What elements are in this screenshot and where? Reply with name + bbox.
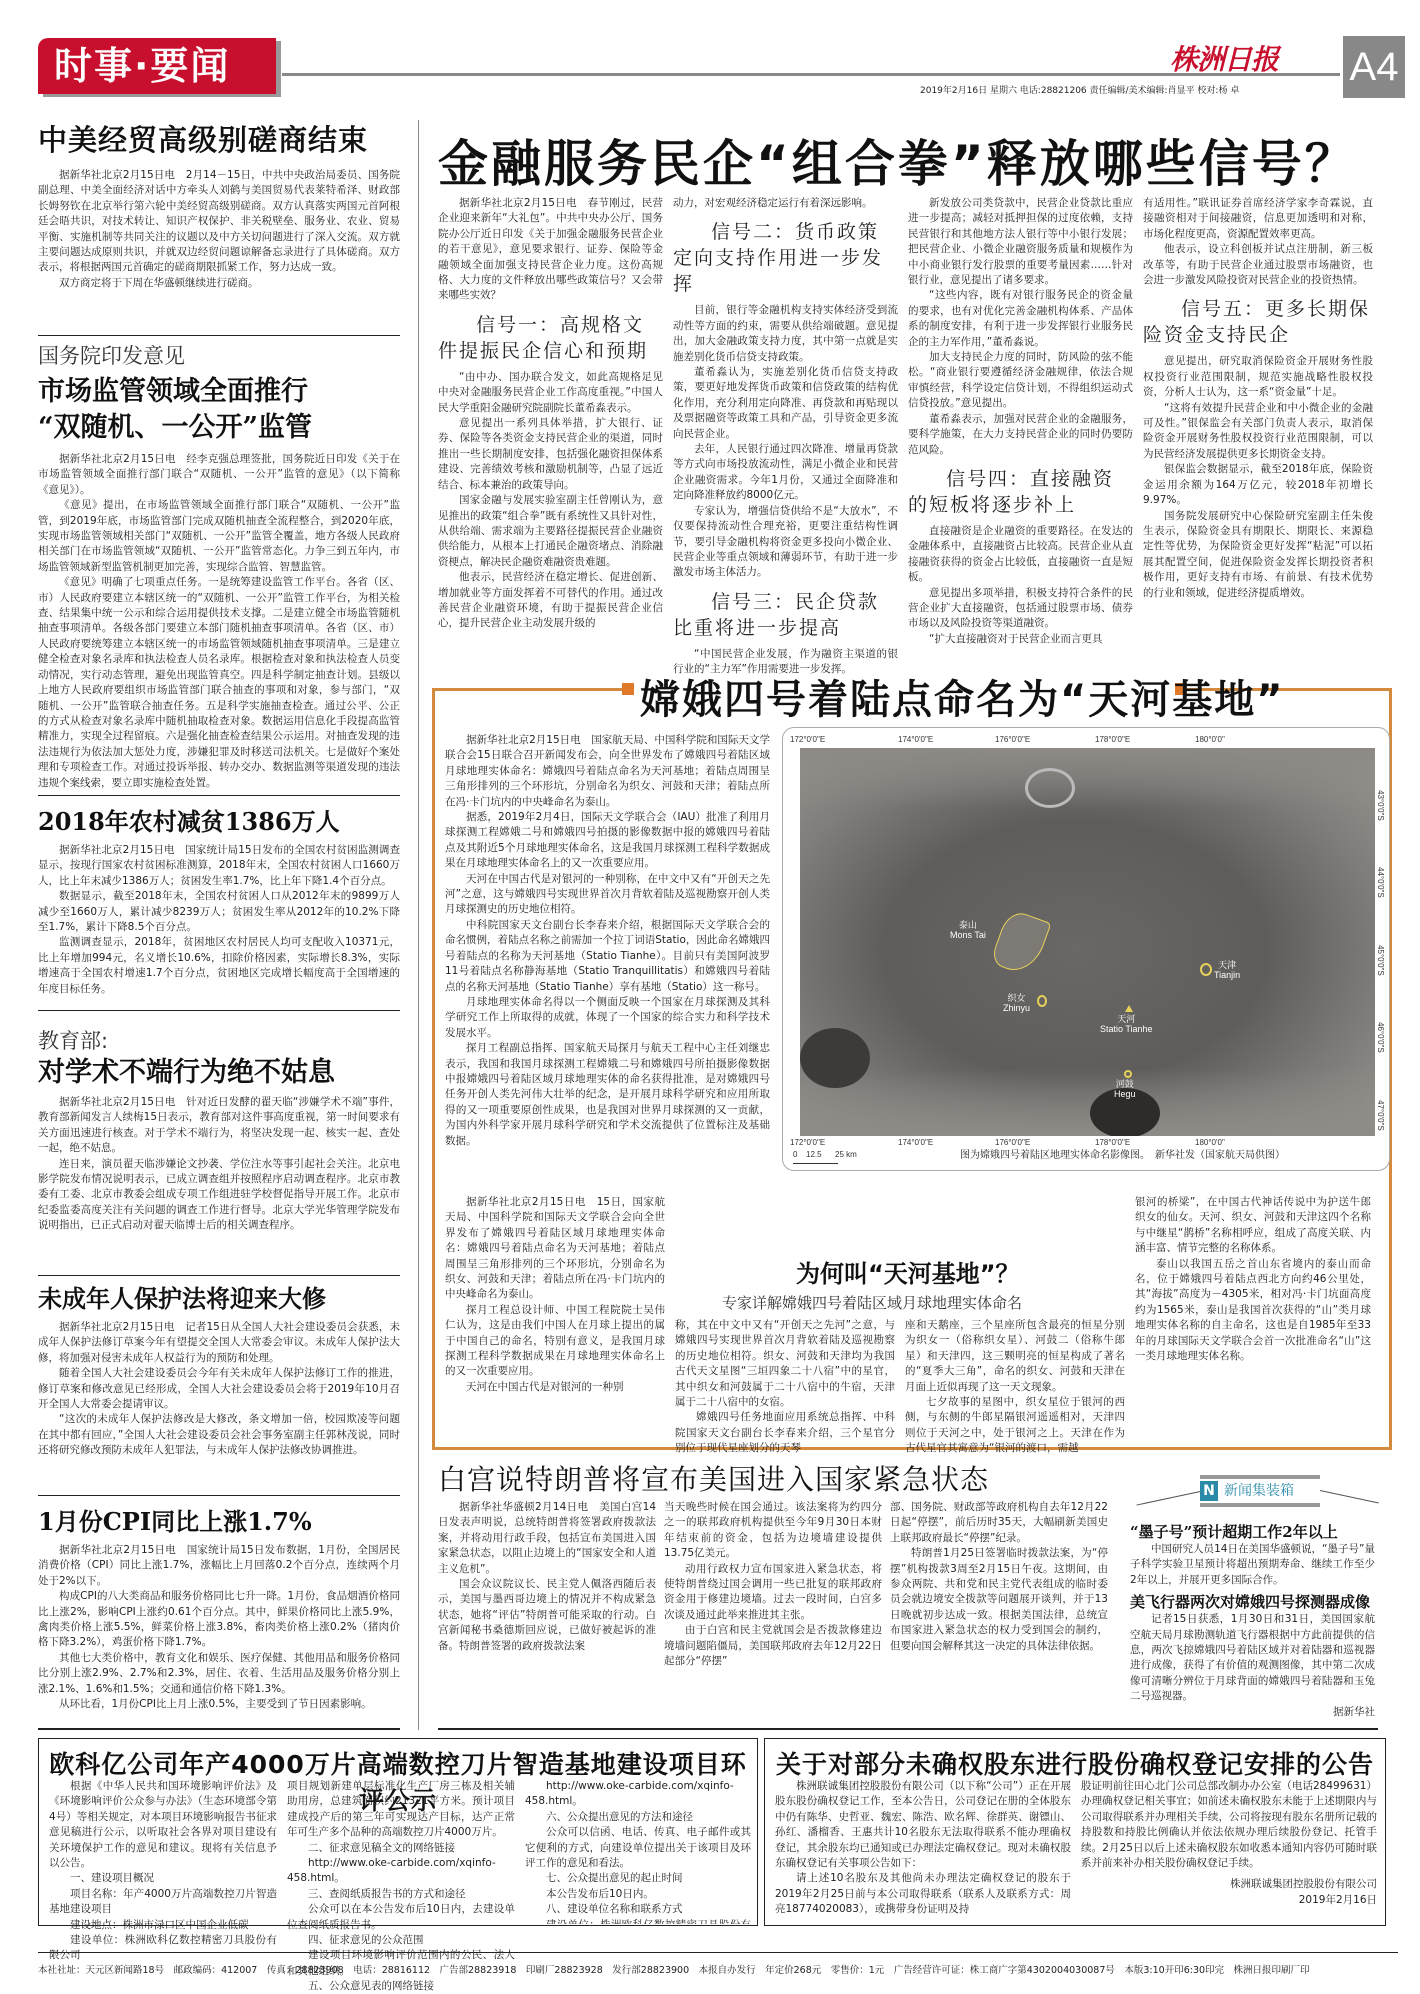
paragraph: 随着全国人大社会建设委员会今年有关未成年人保护法修订工作的推进，修订草案和修改意… xyxy=(38,1366,400,1412)
paragraph: “这将有效提升民营企业和中小微企业的金融可及性。”银保监会有关部门负责人表示，取… xyxy=(1143,401,1373,463)
kicker: 国务院印发意见 xyxy=(38,340,400,370)
paragraph: 嫦娥四号任务地面应用系统总指挥、中科院国家天文台副台长李春来介绍，三个星官分别位… xyxy=(675,1410,895,1456)
map-tick-bottom: 174°0'0"E xyxy=(898,1138,933,1147)
paragraph: 据新华社北京2月15日电 15日，国家航天局、中国科学院和国际天文学联合会向全世… xyxy=(445,1195,665,1303)
paragraph: 数据显示，截至2018年末，全国农村贫困人口从2012年末的9899万人减少至1… xyxy=(38,889,400,935)
ad-col-1: 根据《中华人民共和国环境影响评价法》及《环境影响评价公众参与办法》（生态环境部令… xyxy=(49,1779,277,1964)
paragraph: 由于白宫和民主党就国会是否拨款修建边境墙问题陷僵局，美国联邦政府去年12月22日… xyxy=(664,1623,882,1669)
paragraph: 动用行政权力宣布国家进入紧急状态，将使特朗普绕过国会调用一些已批复的联邦政府资金… xyxy=(664,1562,882,1624)
map-tick-bottom: 172°0'0"E xyxy=(790,1138,825,1147)
paragraph: 意见提出多项举措，积极支持符合条件的民营企业扩大直接融资，包括通过股票市场、债券… xyxy=(908,586,1133,632)
paragraph: 中科院国家天文台副台长李春来介绍，根据国际天文学联合会的命名惯例，着陆点名称之前… xyxy=(445,918,770,995)
paragraph: 新发放公司类贷款中，民营企业贷款比重应进一步提高；减轻对抵押担保的过度依赖，支持… xyxy=(908,196,1133,288)
newsbox-source: 据新华社 xyxy=(1130,1705,1375,1720)
paragraph: 目前，银行等金融机构支持实体经济受到流动性等方面的约束，需要从供给端破题。意见提… xyxy=(673,303,898,365)
paragraph: 据新华社北京2月15日电 记者15日从全国人大社会建设委员会获悉，未成年人保护法… xyxy=(38,1320,400,1366)
paragraph: 他表示，民营经济在稳定增长、促进创新、增加就业等方面发挥着不可替代的作用。通过改… xyxy=(438,570,663,632)
paragraph: 国务院发展研究中心保险研究室副主任朱俊生表示，保险资金具有期限长、期限长、来源稳… xyxy=(1143,509,1373,601)
map-tick-right: 43°0'0"S xyxy=(1376,790,1385,821)
footer-rule xyxy=(38,1952,1398,1953)
map-tick-right: 46°0'0"S xyxy=(1376,1022,1385,1053)
paragraph: 《意见》提出，在市场监管领域全面推行部门联合“双随机、一公开”监管，到2019年… xyxy=(38,498,400,575)
paragraph: 专家认为，增强信贷供给不是“大放水”，不仅要保持流动性合理充裕，更要注重结构性调… xyxy=(673,504,898,581)
footer-info: 本社社址：天元区新闻路18号 邮政编码：412007 传真：28823908 电… xyxy=(38,1962,1398,1976)
signal-heading: 信号一：高规格文件提振民企信心和预期 xyxy=(438,312,663,364)
headline-line-2: “双随机、一公开”监管 xyxy=(38,410,400,446)
column-divider xyxy=(418,120,419,1730)
headline: 对学术不端行为绝不姑息 xyxy=(38,1055,400,1091)
paragraph: 据新华社北京2月15日电 针对近日发酵的翟天临“涉嫌学术不端”事件，教育部新闻发… xyxy=(38,1095,400,1157)
paragraph: 银河的桥梁”，在中国古代神话传说中为护送牛郎织女的仙女。天河、织女、河鼓和天津这… xyxy=(1135,1195,1371,1257)
why-headline: 为何叫“天河基地”？ xyxy=(796,1254,1020,1289)
paragraph: “这些内容，既有对银行服务民企的资金量的要求，也有对优化完善金融机构体系、产品体… xyxy=(908,288,1133,350)
ad-share-registration: 关于对部分未确权股东进行股份确权登记安排的公告 株洲联诚集团控股股份有限公司（以… xyxy=(764,1738,1386,1926)
headline: 1月份CPI同比上涨1.7% xyxy=(38,1505,400,1539)
paragraph: 动力，对宏观经济稳定运行有着深远影响。 xyxy=(673,196,898,211)
paragraph: 天河在中国古代是对银河的一种别 xyxy=(445,1380,665,1395)
tianhe-label: 天河Statio Tianhe xyxy=(1100,1014,1153,1034)
paragraph: 二、征求意见稿全文的网络链接 xyxy=(287,1841,515,1856)
headline-line-1: 市场监管领域全面推行 xyxy=(38,374,400,410)
section-banner: 时事·要闻 xyxy=(38,38,276,94)
signal-heading: 信号二：货币政策定向支持作用进一步发挥 xyxy=(673,219,898,297)
paragraph: 国家金融与发展实验室副主任曾刚认为，意见推出的政策“组合拳”既有系统性又具针对性… xyxy=(438,493,663,570)
taishan-label: 泰山Mons Tai xyxy=(950,920,986,940)
paper-logo: 株洲日报 xyxy=(1170,38,1278,78)
newsbox-item-title: “墨子号”预计超期工作2年以上 xyxy=(1130,1522,1375,1542)
taishan-outline xyxy=(989,908,1051,978)
signal-heading: 信号四：直接融资的短板将逐步补上 xyxy=(908,466,1133,518)
finance-col-2: 动力，对宏观经济稳定运行有着深远影响。 信号二：货币政策定向支持作用进一步发挥 … xyxy=(673,196,898,678)
headline: 未成年人保护法将迎来大修 xyxy=(38,1282,400,1316)
tianjin-label: 天津Tianjin xyxy=(1214,960,1240,980)
newsbox-item-text: 中国研究人员14日在美国华盛顿说，“墨子号”量子科学实验卫星预计将超出预期寿命、… xyxy=(1130,1542,1375,1588)
divider xyxy=(438,1728,1378,1730)
paragraph: 座和天鹅座，三个星座所包含最亮的恒星分别为织女一（俗称织女星）、河鼓二（俗称牛郎… xyxy=(905,1318,1125,1395)
ad-title: 关于对部分未确权股东进行股份确权登记安排的公告 xyxy=(765,1745,1385,1781)
ad-col-3: http://www.oke-carbide.com/xqinfo-458.ht… xyxy=(525,1779,751,1924)
paragraph: 双方商定将于下周在华盛顿继续进行磋商。 xyxy=(38,276,400,291)
hegu-label: 河鼓Hegu xyxy=(1114,1079,1136,1099)
feature-headline: 嫦娥四号着陆点命名为“天河基地” xyxy=(640,668,1285,725)
map-tick-right: 45°0'0"S xyxy=(1376,945,1385,976)
lunar-map-image: 泰山Mons Tai 天津Tianjin 织女Zhinyu 天河Statio T… xyxy=(800,748,1375,1136)
paragraph: 直接融资是企业融资的重要路径。在发达的金融体系中，直接融资占比较高。民营企业从直… xyxy=(908,524,1133,586)
ad-col-1: 株洲联诚集团控股股份有限公司（以下称“公司”）正在开展股东股份确权登记工作，至本… xyxy=(775,1779,1071,1918)
map-scale-bar: 0 12.5 25 km xyxy=(793,1150,923,1166)
paragraph: 株洲联诚集团控股股份有限公司（以下称“公司”）正在开展股东股份确权登记工作，至本… xyxy=(775,1779,1071,1871)
map-highland-top xyxy=(800,748,1375,808)
whitehouse-col-3: 部、国务院、财政部等政府机构自去年12月22日起“停摆”，前后历时35天，大幅刷… xyxy=(890,1500,1108,1654)
divider xyxy=(38,1495,400,1496)
paragraph: 七夕故事的星图中，织女星位于银河的西侧，与东侧的牛郎星隔银河遥遥相对，天津四则位… xyxy=(905,1395,1125,1457)
zhinyu-crater-marker xyxy=(1037,995,1047,1007)
ad-col-2: 股证明前往田心北门公司总部改制办办公室（电话28499631）办理确权登记相关事… xyxy=(1081,1779,1377,1908)
whitehouse-col-1: 据新华社华盛顿2月14日电 美国白宫14日发表声明说，总统特朗普将签署政府拨款法… xyxy=(438,1500,656,1654)
newsbox-line-right xyxy=(1320,1490,1379,1503)
paragraph: 请上述10名股东及其他尚未办理法定确权登记的股东于2019年2月25日前与本公司… xyxy=(775,1871,1071,1917)
news-n-icon: N xyxy=(1200,1481,1218,1501)
paragraph: 建设单位：株洲欧科亿数控精密刀具股份有限公司 xyxy=(49,1933,277,1964)
paragraph: “这次的未成年人保护法修改是大修改，条文增加一倍，校园欺凌等问题在其中都有回应，… xyxy=(38,1412,400,1458)
map-highland-bottom xyxy=(800,1068,1375,1136)
paragraph: 公众可以信函、电话、传真、电子邮件或其它便利的方式，向建设单位提出关于该项目及环… xyxy=(525,1825,751,1871)
paragraph: 项目规划新建单层标准化生产厂房三栋及相关辅助用房，总建筑面积约21321平方米。… xyxy=(287,1779,515,1841)
paragraph: 根据《中华人民共和国环境影响评价法》及《环境影响评价公众参与办法》（生态环境部令… xyxy=(49,1779,277,1871)
paragraph: 天河在中国古代是对银河的一种别称，在中文中又有“开创天之先河”之意，这与嫦娥四号… xyxy=(445,872,770,918)
paragraph: 建设单位：株洲欧科亿数控精密刀具股份有限公司 xyxy=(525,1918,751,1924)
signal-heading: 信号五：更多长期保险资金支持民企 xyxy=(1143,296,1373,348)
map-tick-top: 178°0'0"E xyxy=(1095,735,1130,744)
newsbox-item-text: 记者15日获悉，1月30日和31日，美国国家航空航天局月球勘测轨道飞行器根据中方… xyxy=(1130,1612,1375,1704)
page-number: A4 xyxy=(1343,36,1405,98)
paragraph: “扩大直接融资对于民营企业而言更具 xyxy=(908,632,1133,647)
paragraph: 连日来，演员翟天临涉嫌论文抄袭、学位注水等事引起社会关注。北京电影学院发布情况说… xyxy=(38,1157,400,1234)
paragraph: 部、国务院、财政部等政府机构自去年12月22日起“停摆”，前后历时35天，大幅刷… xyxy=(890,1500,1108,1546)
signature-date: 2019年2月16日 xyxy=(1081,1893,1377,1908)
paragraph: 监测调查显示，2018年，贫困地区农村居民人均可支配收入10371元，比上年增加… xyxy=(38,935,400,997)
paragraph: 意见提出一系列具体举措，扩大银行、证券、保险等各类资金支持民营企业的渠道，同时推… xyxy=(438,416,663,493)
kicker: 教育部: xyxy=(38,1025,400,1055)
paragraph: 有适用性。”联讯证券首席经济学家李奇霖说，直接融资相对于间接融资，信息更加透明和… xyxy=(1143,196,1373,242)
finance-col-4: 有适用性。”联讯证券首席经济学家李奇霖说，直接融资相对于间接融资，信息更加透明和… xyxy=(1143,196,1373,601)
paragraph: 六、公众提出意见的方法和途径 xyxy=(525,1810,751,1825)
paragraph: 《意见》明确了七项重点任务。一是统筹建设监管工作平台。各省（区、市）人民政府要建… xyxy=(38,575,400,791)
finance-col-3: 新发放公司类贷款中，民营企业贷款比重应进一步提高；减轻对抵押担保的过度依赖，支持… xyxy=(908,196,1133,647)
why-subtitle: 专家详解嫦娥四号着陆区域月球地理实体命名 xyxy=(722,1292,1022,1313)
map-crater-shadow xyxy=(800,1028,870,1088)
frame-top-left xyxy=(432,688,632,691)
map-tick-right: 44°0'0"S xyxy=(1376,867,1385,898)
divider xyxy=(38,795,400,796)
hegu-crater-marker xyxy=(1124,1070,1132,1078)
paragraph: 月球地理实体命名得以一个侧面反映一个国家在月球探测及其科学研究工作上所取得的成就… xyxy=(445,995,770,1041)
paragraph: 公众可以在本公告发布后10日内，去建设单位查阅纸质报告书。 xyxy=(287,1902,515,1933)
paragraph: 加大支持民企力度的同时，防风险的弦不能松。“商业银行要遵循经济金融规律，依法合规… xyxy=(908,350,1133,412)
paragraph: 八、建设单位名称和联系方式 xyxy=(525,1902,751,1917)
why-col-4: 银河的桥梁”，在中国古代神话传说中为护送牛郎织女的仙女。天河、织女、河鼓和天津这… xyxy=(1135,1195,1371,1364)
paragraph: 董希淼认为，实施差别化货币信贷支持政策，要更好地发挥货币政策和信贷政策的结构优化… xyxy=(673,365,898,442)
article-education: 教育部: 对学术不端行为绝不姑息 据新华社北京2月15日电 针对近日发酵的翟天临… xyxy=(38,1025,400,1234)
map-tick-right: 47°0'0"S xyxy=(1376,1100,1385,1131)
paragraph: 其他七大类价格中，教育文化和娱乐、医疗保健、其他用品和服务价格同比分别上涨2.9… xyxy=(38,1651,400,1697)
article-cpi: 1月份CPI同比上涨1.7% 据新华社北京2月15日电 国家统计局15日发布数据… xyxy=(38,1505,400,1712)
article-minors: 未成年人保护法将迎来大修 据新华社北京2月15日电 记者15日从全国人大社会建设… xyxy=(38,1282,400,1459)
paragraph: 据悉，2019年2月4日，国际天文学联合会（IAU）批准了利用月球探测工程嫦娥二… xyxy=(445,810,770,872)
newsbox-item-title: 美飞行器两次对嫦娥四号探测器成像 xyxy=(1130,1592,1375,1612)
whitehouse-headline: 白宫说特朗普将宣布美国进入国家紧急状态 xyxy=(438,1458,989,1498)
paragraph: 去年，人民银行通过四次降准、增量再贷款等方式向市场投放流动性，满足小微企业和民营… xyxy=(673,442,898,504)
why-col-2: 称，其在中文中又有“开创天之先河”之意，与嫦娥四号实现世界首次月背软着陆及巡视勘… xyxy=(675,1318,895,1457)
map-tick-top: 172°0'0"E xyxy=(790,735,825,744)
paragraph: 探月工程总设计师、中国工程院院士吴伟仁认为，这是由我们中国人在月球上提出的属于中… xyxy=(445,1303,665,1380)
article-trade: 中美经贸高级别磋商结束 据新华社北京2月15日电 2月14－15日，中共中央政治… xyxy=(38,120,400,291)
paragraph: 据新华社北京2月15日电 国家统计局15日发布的全国农村贫困监测调查显示，按现行… xyxy=(38,843,400,889)
newsbox-line-left xyxy=(1136,1490,1205,1506)
headline: 2018年农村减贫1386万人 xyxy=(38,805,400,839)
paragraph: 七、公众提出意见的起止时间 xyxy=(525,1871,751,1886)
map-crater-rim xyxy=(1025,768,1075,808)
ad-link[interactable]: http://www.oke-carbide.com/xqinfo-458.ht… xyxy=(287,1856,515,1887)
paragraph: 探月工程副总指挥、国家航天局探月与航天工程中心主任刘继忠表示，我国和我国月球探测… xyxy=(445,1041,770,1149)
map-tick-top: 180°0'0" xyxy=(1195,735,1225,744)
paragraph: 当天晚些时候在国会通过。该法案将为约四分之一的联邦政府机构提供至今年9月30日本… xyxy=(664,1500,882,1562)
paragraph: 股证明前往田心北门公司总部改制办办公室（电话28499631）办理确权登记相关事… xyxy=(1081,1779,1377,1871)
newsbox-tag: N新闻集装箱 xyxy=(1200,1475,1320,1507)
paragraph: 三、查阅纸质报告书的方式和途径 xyxy=(287,1887,515,1902)
divider xyxy=(38,1275,400,1276)
newsbox: “墨子号”预计超期工作2年以上 中国研究人员14日在美国华盛顿说，“墨子号”量子… xyxy=(1130,1522,1375,1720)
whitehouse-col-2: 当天晚些时候在国会通过。该法案将为约四分之一的联邦政府机构提供至今年9月30日本… xyxy=(664,1500,882,1669)
paragraph: 据新华社北京2月15日电 经李克强总理签批，国务院近日印发《关于在市场监管领域全… xyxy=(38,452,400,498)
paragraph: 据新华社北京2月15日电 2月14－15日，中共中央政治局委员、国务院副总理、中… xyxy=(38,168,400,276)
paragraph: 称，其在中文中又有“开创天之先河”之意，与嫦娥四号实现世界首次月背软着陆及巡视勘… xyxy=(675,1318,895,1410)
newsbox-label: 新闻集装箱 xyxy=(1224,1483,1294,1499)
paragraph: 据新华社华盛顿2月14日电 美国白宫14日发表声明说，总统特朗普将签署政府拨款法… xyxy=(438,1500,656,1577)
paragraph: 泰山以我国五岳之首山东省境内的泰山而命名，位于嫦娥四号着陆点西北方向约46公里处… xyxy=(1135,1257,1371,1365)
paragraph: 特朗普1月25日签署临时拨款法案，为“停摆”机构拨款3周至2月15日午夜。这期间… xyxy=(890,1546,1108,1654)
paragraph: 董希淼表示，加强对民营企业的金融服务，要科学施策，在大力支持民营企业的同时仍要防… xyxy=(908,412,1133,458)
paragraph: 本公告发布后10日内。 xyxy=(525,1887,751,1902)
divider xyxy=(38,1010,400,1011)
map-tick-top: 176°0'0"E xyxy=(995,735,1030,744)
paragraph: 国会众议院议长、民主党人佩洛西随后表示，美国与墨西哥边境上的情况并不构成紧急状态… xyxy=(438,1577,656,1654)
paragraph: 一、建设项目概况 xyxy=(49,1871,277,1886)
paragraph: 据新华社北京2月15日电 国家统计局15日发布数据，1月份，全国居民消费价格（C… xyxy=(38,1543,400,1589)
paragraph: 建设地点：株洲市渌口区中国企业低碳 xyxy=(49,1918,277,1933)
article-poverty: 2018年农村减贫1386万人 据新华社北京2月15日电 国家统计局15日发布的… xyxy=(38,805,400,997)
paragraph: 据新华社北京2月15日电 春节刚过，民营企业迎来新年“大礼包”。中共中央办公厅、… xyxy=(438,196,663,304)
signature-company: 株洲联诚集团控股股份有限公司 xyxy=(1081,1877,1377,1892)
paragraph: 五、公众意见表的网络链接 xyxy=(287,1979,515,1994)
finance-col-1: 据新华社北京2月15日电 春节刚过，民营企业迎来新年“大礼包”。中共中央办公厅、… xyxy=(438,196,663,632)
paragraph: 他表示，设立科创板并试点注册制，新三板改革等，有助于民营企业通过股票市场融资，也… xyxy=(1143,242,1373,288)
paragraph: 据新华社北京2月15日电 国家航天局、中国科学院和国际天文学联合会15日联合召开… xyxy=(445,733,770,810)
why-col-3: 座和天鹅座，三个星座所包含最亮的恒星分别为织女一（俗称织女星）、河鼓二（俗称牛郎… xyxy=(905,1318,1125,1457)
main-headline: 金融服务民企“组合拳”释放哪些信号？ xyxy=(438,124,1358,196)
map-caption: 图为嫦娥四号着陆区地理实体命名影像图。 新华社发（国家航天局供图） xyxy=(960,1146,1285,1161)
divider xyxy=(38,1728,400,1730)
paragraph: 项目名称：年产4000万片高端数控刀片智造基地建设项目 xyxy=(49,1887,277,1918)
chang-e-col: 据新华社北京2月15日电 国家航天局、中国科学院和国际天文学联合会15日联合召开… xyxy=(445,733,770,1149)
article-market: 国务院印发意见 市场监管领域全面推行 “双随机、一公开”监管 据新华社北京2月1… xyxy=(38,340,400,791)
paragraph: 银保监会数据显示，截至2018年底，保险资金运用余额为164万亿元，较2018年… xyxy=(1143,462,1373,508)
headline: 中美经贸高级别磋商结束 xyxy=(38,120,400,160)
frame-square-icon xyxy=(622,683,634,695)
zhinyu-label: 织女Zhinyu xyxy=(1003,993,1030,1013)
paragraph: 从环比看，1月份CPI比上月上涨0.5%，主要受到了节日因素影响。 xyxy=(38,1697,400,1712)
signal-heading: 信号三：民企贷款比重将进一步提高 xyxy=(673,589,898,641)
paragraph: 构成CPI的八大类商品和服务价格同比七升一降。1月份，食品烟酒价格同比上涨2%，… xyxy=(38,1589,400,1651)
paragraph: 意见提出，研究取消保险资金开展财务性股权投资行业范围限制，规范实施战略性股权投资… xyxy=(1143,354,1373,400)
dateline: 2019年2月16日 星期六 电话:28821206 责任编辑/美术编辑:肖显平… xyxy=(920,83,1239,96)
map-tick-top: 174°0'0"E xyxy=(898,735,933,744)
paragraph: “由中办、国办联合发文，如此高规格足见中央对金融服务民营企业工作高度重视。”中国… xyxy=(438,370,663,416)
tianjin-crater-marker xyxy=(1200,963,1212,976)
paragraph: 四、征求意见的公众范围 xyxy=(287,1933,515,1948)
ad-link[interactable]: http://www.oke-carbide.com/xqinfo-458.ht… xyxy=(525,1779,751,1810)
why-col-1: 据新华社北京2月15日电 15日，国家航天局、中国科学院和国际天文学联合会向全世… xyxy=(445,1195,665,1395)
ad-okecarbide: 欧科亿公司年产4000万片高端数控刀片智造基地建设项目环评公示 根据《中华人民共… xyxy=(38,1738,758,1926)
landing-site-triangle-icon xyxy=(1125,1005,1133,1012)
divider xyxy=(38,335,400,336)
